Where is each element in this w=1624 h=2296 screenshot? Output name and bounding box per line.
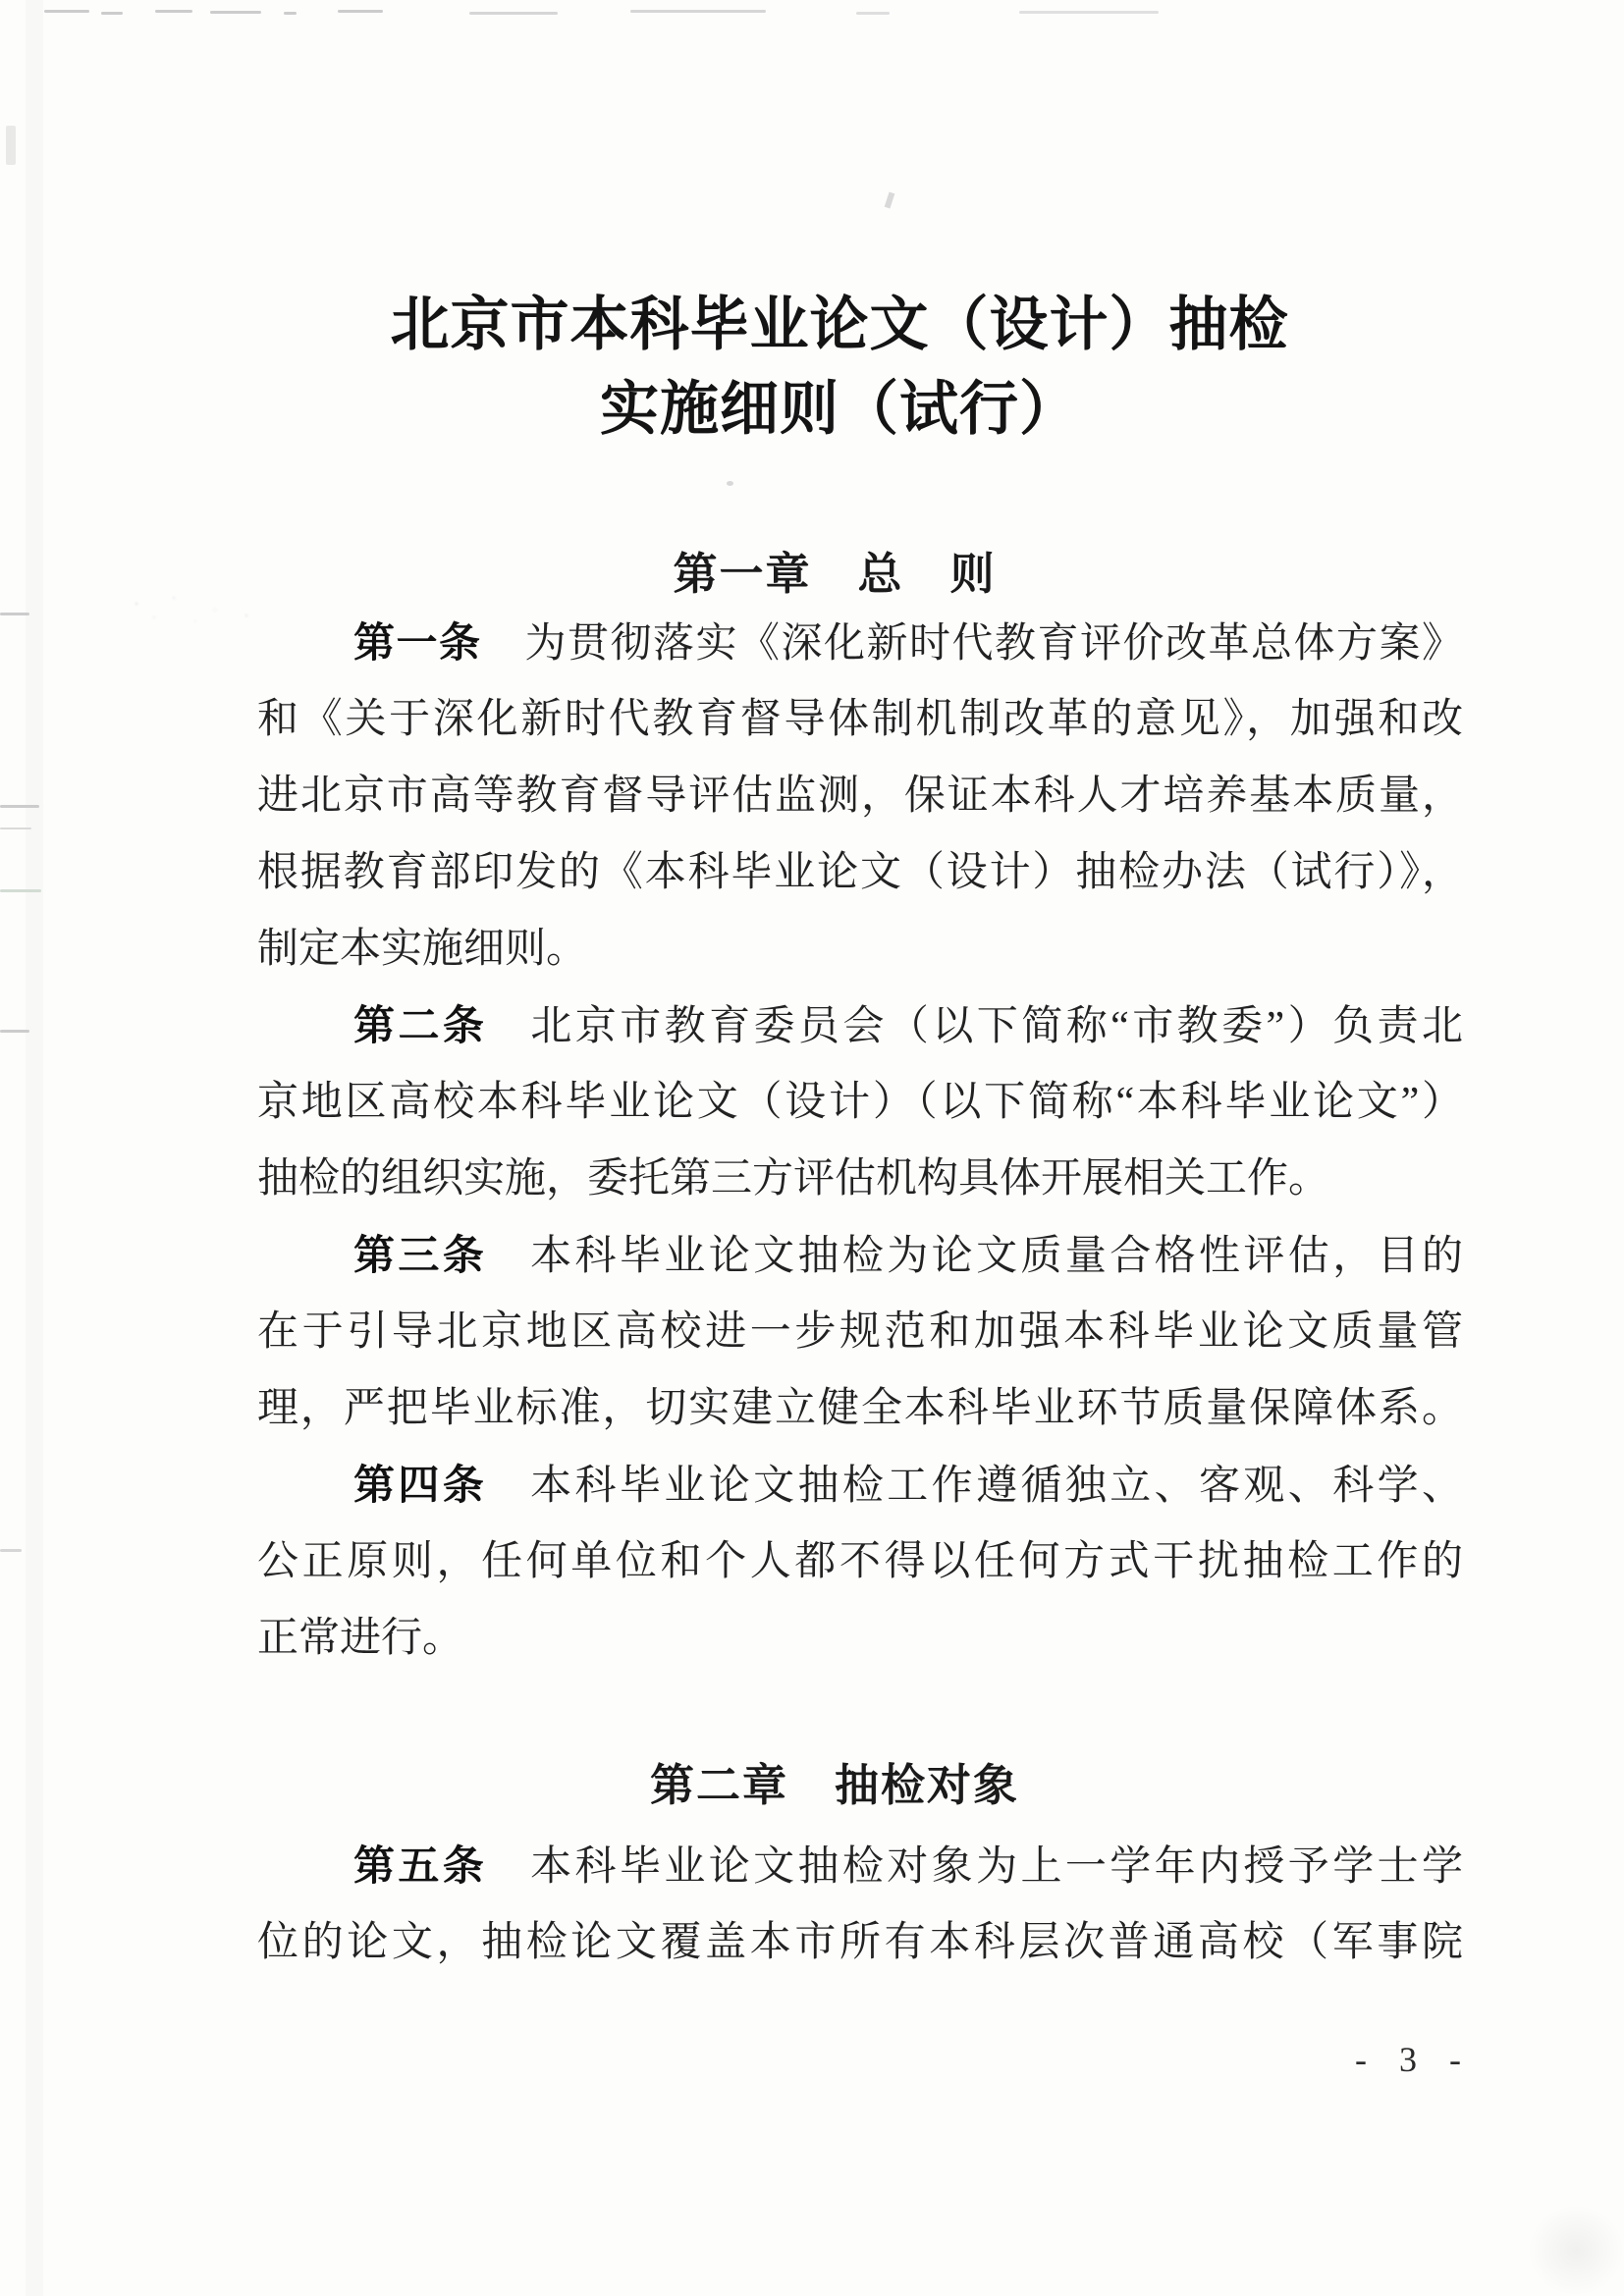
chapter-2-heading: 第二章 抽检对象 [232,1755,1437,1816]
scan-artifact [126,595,128,597]
scan-artifact [155,10,192,13]
article-4-line-2: 公正原则，任何单位和个人都不得以任何方式干扰抽检工作的 [257,1523,1463,1600]
chapter-1-heading: 第一章 总 则 [232,544,1437,605]
scan-artifact [1528,2205,1624,2296]
article-2-number: 第二条 [353,1002,487,1048]
scanned-document-page: 北京市本科毕业论文（设计）抽检 实施细则（试行） 第一章 总 则 第一条为贯彻落… [0,0,1624,2296]
article-2-line-1: 第二条北京市教育委员会（以下简称“市教委”）负责北 [257,988,1463,1064]
scan-artifact [101,12,123,15]
document-title-line-1: 北京市本科毕业论文（设计）抽检 [237,283,1442,367]
article-3-number: 第三条 [353,1232,487,1278]
article-1-line-4: 根据教育部印发的《本科毕业论文（设计）抽检办法（试行）》， [257,834,1463,911]
article-2-line-3: 抽检的组织实施，委托第三方评估机构具体开展相关工作。 [257,1141,1463,1217]
article-1-line-1: 第一条为贯彻落实《深化新时代教育评价改革总体方案》 [257,605,1463,681]
scan-artifact [26,0,43,2296]
article-5-line-2: 位的论文，抽检论文覆盖本市所有本科层次普通高校（军事院 [257,1904,1463,1981]
chapter-1-body: 第一条为贯彻落实《深化新时代教育评价改革总体方案》 和《关于深化新时代教育督导体… [257,605,1463,1677]
scan-artifact [44,10,89,13]
article-2-line-2: 京地区高校本科毕业论文（设计）（以下简称“本科毕业论文”） [257,1064,1463,1141]
scan-artifact [0,828,31,829]
article-3-line-2: 在于引导北京地区高校进一步规范和加强本科毕业论文质量管 [257,1294,1463,1370]
document-title: 北京市本科毕业论文（设计）抽检 实施细则（试行） [237,283,1442,452]
article-3-line-3: 理，严把毕业标准，切实建立健全本科毕业环节质量保障体系。 [257,1370,1463,1447]
article-4-line-3: 正常进行。 [257,1600,1463,1677]
scan-artifact [885,191,895,208]
scan-artifact [856,12,890,15]
scan-artifact [1019,11,1159,14]
scan-artifact [630,10,766,13]
article-1-line-2: 和《关于深化新时代教育督导体制机制改革的意见》，加强和改 [257,681,1463,758]
article-2-text: 北京市教育委员会（以下简称“市教委”）负责北 [530,1004,1463,1049]
scan-artifact [210,11,261,14]
scan-artifact [0,1549,22,1552]
scan-artifact [0,613,29,615]
article-5-line-1: 第五条本科毕业论文抽检对象为上一学年内授予学士学 [257,1828,1463,1904]
article-4-text: 本科毕业论文抽检工作遵循独立、客观、科学、 [530,1464,1463,1509]
document-title-line-2: 实施细则（试行） [237,367,1442,452]
scan-artifact [727,481,733,486]
scan-artifact [0,1030,29,1033]
article-1-line-5: 制定本实施细则。 [257,911,1463,988]
chapter-2-body: 第五条本科毕业论文抽检对象为上一学年内授予学士学 位的论文，抽检论文覆盖本市所有… [257,1828,1463,1981]
scan-artifact [284,12,297,15]
scan-artifact [0,805,39,808]
article-5-number: 第五条 [353,1842,487,1889]
article-1-line-3: 进北京市高等教育督导评估监测，保证本科人才培养基本质量， [257,758,1463,834]
page-number: - 3 - [1335,2038,1492,2081]
scan-artifact [0,889,41,892]
article-1-text: 为贯彻落实《深化新时代教育评价改革总体方案》 [525,621,1463,667]
article-1-number: 第一条 [353,619,482,666]
scan-artifact [6,126,16,165]
article-4-line-1: 第四条本科毕业论文抽检工作遵循独立、客观、科学、 [257,1447,1463,1523]
article-3-text: 本科毕业论文抽检为论文质量合格性评估，目的 [530,1234,1463,1279]
scan-artifact [338,10,383,13]
article-3-line-1: 第三条本科毕业论文抽检为论文质量合格性评估，目的 [257,1217,1463,1294]
article-5-text: 本科毕业论文抽检对象为上一学年内授予学士学 [530,1844,1463,1890]
scan-artifact [469,12,558,15]
article-4-number: 第四条 [353,1462,487,1508]
